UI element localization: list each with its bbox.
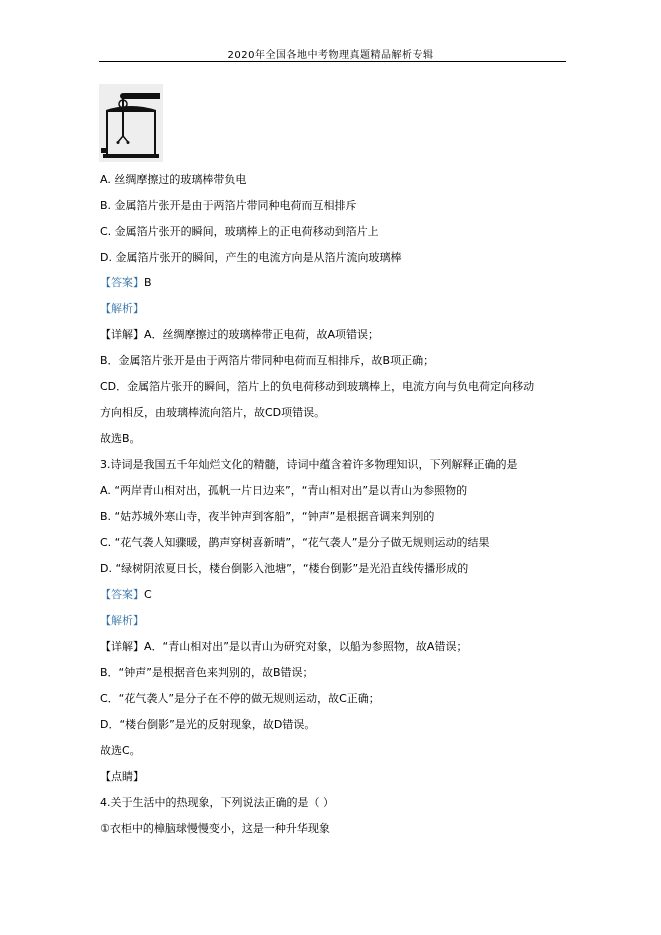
q3-comment-label: 【点睛】 — [100, 770, 144, 784]
q3-answer: 【答案】C — [100, 588, 152, 602]
page-header-title: 2020年全国各地中考物理真题精品解析专辑 — [0, 46, 661, 61]
q2-answer: 【答案】B — [100, 276, 152, 290]
q2-option-b: B. 金属箔片张开是由于两箔片带同种电荷而互相排斥 — [100, 199, 357, 213]
q2-detail-cd: CD．金属箔片张开的瞬间，箔片上的负电荷移动到玻璃棒上，电流方向与负电荷定向移动 — [100, 380, 534, 394]
q3-question: 3.诗词是我国五千年灿烂文化的精髓，诗词中蕴含着许多物理知识，下列解释正确的是 — [100, 458, 518, 472]
q3-option-a: A. “两岸青山相对出，孤帆一片日边来”，“青山相对出”是以青山为参照物的 — [100, 484, 467, 498]
detail-label: 【详解】 — [100, 328, 144, 341]
q3-detail-c: C．“花气袭人”是分子在不停的做无规则运动，故C正确； — [100, 692, 380, 706]
q3-option-d: D. “绿树阴浓夏日长，楼台倒影入池塘”，“楼台倒影”是光沿直线传播形成的 — [100, 562, 468, 576]
electroscope-figure — [99, 84, 163, 162]
q3-conclusion: 故选C。 — [100, 744, 141, 758]
q4-item-1: ①衣柜中的樟脑球慢慢变小，这是一种升华现象 — [100, 822, 330, 836]
answer-value: C — [144, 588, 152, 601]
q2-analysis-label: 【解析】 — [100, 302, 144, 316]
header-divider — [99, 61, 566, 62]
electroscope-icon — [99, 84, 163, 162]
answer-label: 【答案】 — [100, 588, 144, 601]
q3-option-b: B. “姑苏城外寒山寺，夜半钟声到客船”，“钟声”是根据音调来判别的 — [100, 510, 434, 524]
q2-option-c: C. 金属箔片张开的瞬间，玻璃棒上的正电荷移动到箔片上 — [100, 225, 379, 239]
q2-detail-b: B．金属箔片张开是由于两箔片带同种电荷而互相排斥，故B项正确； — [100, 354, 434, 368]
q3-analysis-label: 【解析】 — [100, 614, 144, 628]
answer-value: B — [144, 276, 152, 289]
q2-detail-a: 【详解】A．丝绸摩擦过的玻璃棒带正电荷，故A项错误； — [100, 328, 379, 342]
q2-option-a: A. 丝绸摩擦过的玻璃棒带负电 — [100, 173, 246, 187]
detail-label: 【详解】 — [100, 640, 144, 653]
q2-option-d: D. 金属箔片张开的瞬间，产生的电流方向是从箔片流向玻璃棒 — [100, 251, 401, 265]
q3-detail-a: 【详解】A．“青山相对出”是以青山为研究对象，以船为参照物，故A错误； — [100, 640, 467, 654]
q3-detail-d: D．“楼台倒影”是光的反射现象，故D错误。 — [100, 718, 315, 732]
q3-option-c: C. “花气袭人知骤暖，鹊声穿树喜新晴”，“花气袭人”是分子做无规则运动的结果 — [100, 536, 489, 550]
q2-detail-cd-cont: 方向相反，由玻璃棒流向箔片，故CD项错误。 — [100, 406, 325, 420]
q4-question: 4.关于生活中的热现象，下列说法正确的是（ ） — [100, 796, 334, 810]
answer-label: 【答案】 — [100, 276, 144, 289]
q3-detail-b: B．“钟声”是根据音色来判别的，故B错误； — [100, 666, 314, 680]
q2-conclusion: 故选B。 — [100, 432, 141, 446]
